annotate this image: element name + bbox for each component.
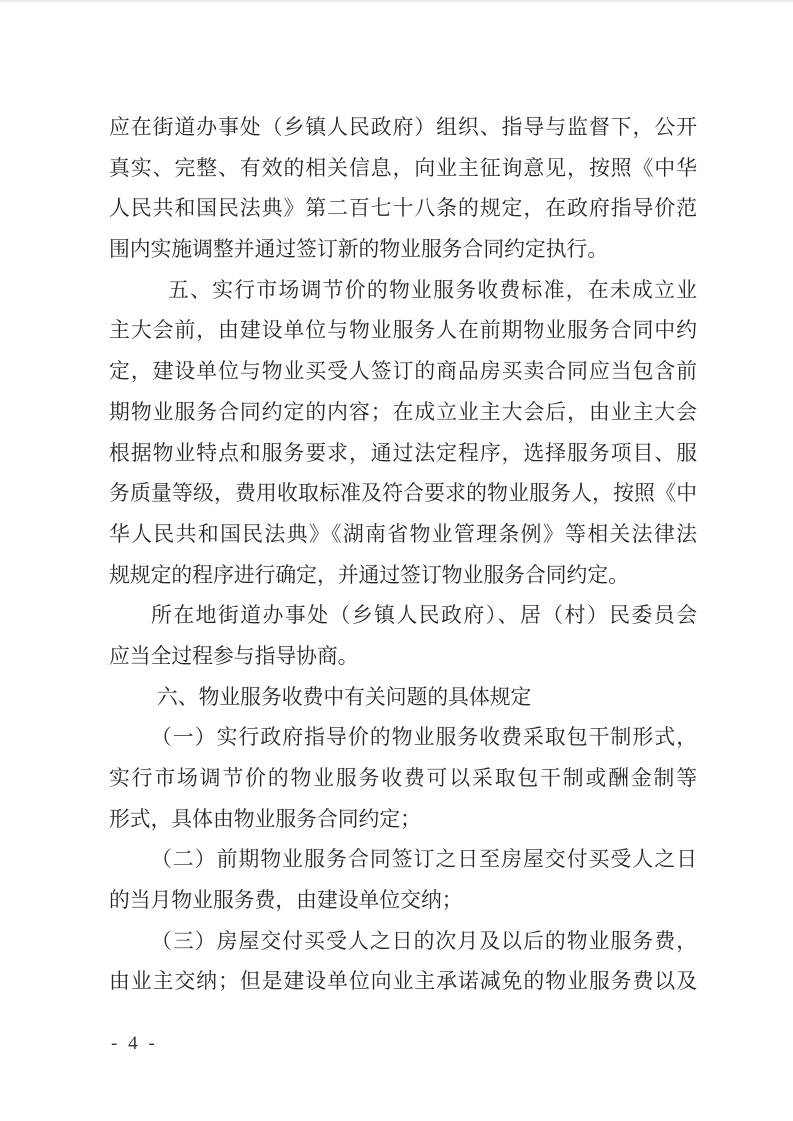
text-line-item-2: （二）前期物业服务合同签订之日至房屋交付买受人之日 bbox=[109, 840, 697, 881]
text-line: 围内实施调整并通过签订新的物业服务合同约定执行。 bbox=[109, 230, 697, 271]
text-line: 务质量等级，费用收取标准及符合要求的物业服务人，按照《中 bbox=[109, 474, 697, 515]
text-line: 应当全过程参与指导协商。 bbox=[109, 637, 697, 678]
text-line-item-3: （三）房屋交付买受人之日的次月及以后的物业服务费， bbox=[109, 922, 697, 963]
text-line: 主大会前，由建设单位与物业服务人在前期物业服务合同中约 bbox=[109, 311, 697, 352]
page-number: - 4 - bbox=[111, 1033, 158, 1055]
text-line: 由业主交纳；但是建设单位向业主承诺减免的物业服务费以及 bbox=[109, 962, 697, 1003]
text-line: 期物业服务合同约定的内容；在成立业主大会后，由业主大会 bbox=[109, 393, 697, 434]
text-line-section-6-heading: 六、物业服务收费中有关问题的具体规定 bbox=[109, 678, 697, 719]
text-line: 规规定的程序进行确定，并通过签订物业服务合同约定。 bbox=[109, 556, 697, 597]
text-line: 定，建设单位与物业买受人签订的商品房买卖合同应当包含前 bbox=[109, 352, 697, 393]
text-line: 根据物业特点和服务要求，通过法定程序，选择服务项目、服 bbox=[109, 434, 697, 475]
text-line: 人民共和国民法典》第二百七十八条的规定，在政府指导价范 bbox=[109, 189, 697, 230]
text-line: 的当月物业服务费，由建设单位交纳； bbox=[109, 881, 697, 922]
text-line: 所在地街道办事处（乡镇人民政府）、居（村）民委员会 bbox=[109, 596, 697, 637]
document-page: 应在街道办事处（乡镇人民政府）组织、指导与监督下，公开 真实、完整、有效的相关信… bbox=[0, 0, 793, 1121]
document-body: 应在街道办事处（乡镇人民政府）组织、指导与监督下，公开 真实、完整、有效的相关信… bbox=[109, 108, 697, 1003]
text-line: 实行市场调节价的物业服务收费可以采取包干制或酬金制等 bbox=[109, 759, 697, 800]
text-line: 应在街道办事处（乡镇人民政府）组织、指导与监督下，公开 bbox=[109, 108, 697, 149]
page-top-edge bbox=[0, 0, 793, 2]
text-line-section-5-heading: 五、实行市场调节价的物业服务收费标准，在未成立业 bbox=[109, 271, 697, 312]
text-line-item-1: （一）实行政府指导价的物业服务收费采取包干制形式， bbox=[109, 718, 697, 759]
text-line: 华人民共和国民法典》《湖南省物业管理条例》等相关法律法 bbox=[109, 515, 697, 556]
text-line: 真实、完整、有效的相关信息，向业主征询意见，按照《中华 bbox=[109, 149, 697, 190]
text-line: 形式，具体由物业服务合同约定； bbox=[109, 800, 697, 841]
